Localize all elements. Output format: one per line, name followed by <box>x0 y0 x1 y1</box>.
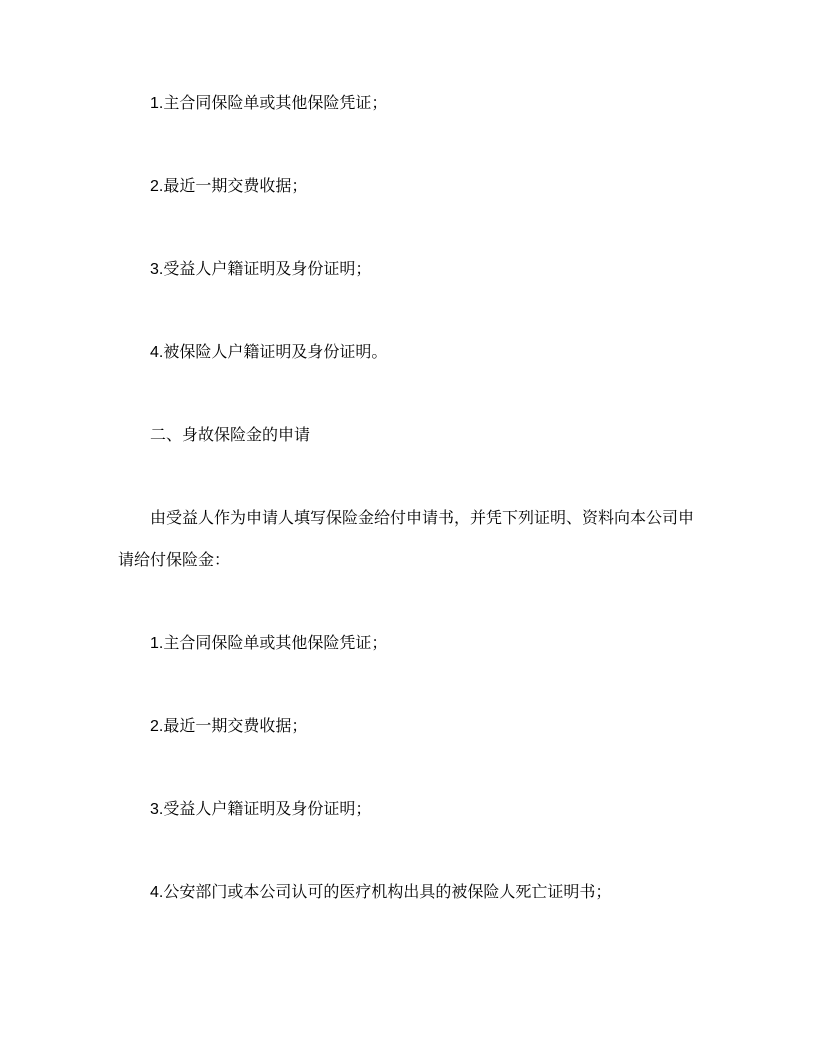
list-item-section1-4: 4.被保险人户籍证明及身份证明。 <box>118 332 700 374</box>
list-item-section2-4: 4.公安部门或本公司认可的医疗机构出具的被保险人死亡证明书； <box>118 872 700 914</box>
section2-intro-paragraph: 由受益人作为申请人填写保险金给付申请书，并凭下列证明、资料向本公司申请给付保险金… <box>118 498 700 581</box>
list-item-section1-2: 2.最近一期交费收据； <box>118 166 700 208</box>
list-item-section2-2: 2.最近一期交费收据； <box>118 706 700 748</box>
list-item-section2-3: 3.受益人户籍证明及身份证明； <box>118 789 700 831</box>
section-heading: 二、身故保险金的申请 <box>118 415 700 457</box>
document-body: 1.主合同保险单或其他保险凭证； 2.最近一期交费收据； 3.受益人户籍证明及身… <box>118 83 700 955</box>
list-item-section2-1: 1.主合同保险单或其他保险凭证； <box>118 623 700 665</box>
document-page: 1.主合同保险单或其他保险凭证； 2.最近一期交费收据； 3.受益人户籍证明及身… <box>0 0 816 1056</box>
list-item-section1-3: 3.受益人户籍证明及身份证明； <box>118 249 700 291</box>
list-item-section1-1: 1.主合同保险单或其他保险凭证； <box>118 83 700 125</box>
